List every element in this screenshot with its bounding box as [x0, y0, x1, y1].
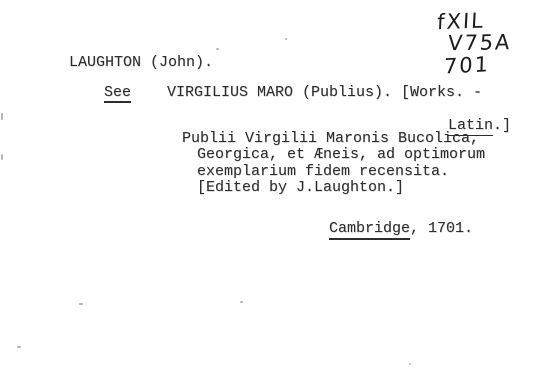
imprint-year: , 1701.	[410, 220, 473, 237]
description-line-1: Publii Virgilii Maronis Bucolica,	[182, 131, 479, 146]
scan-artifact	[285, 38, 287, 40]
shelfmark-line-2: V75A	[447, 31, 512, 54]
shelfmark-line-3: 701	[443, 52, 510, 78]
imprint-line: Cambridge, 1701.	[293, 206, 473, 251]
see-label: See	[104, 85, 131, 103]
scan-artifact	[216, 48, 219, 50]
description-line-2: Georgica, et Æneis, ad optimorum	[197, 147, 485, 162]
handwritten-shelfmark: fXIL V75A 701	[430, 9, 513, 78]
scan-artifact	[409, 363, 411, 365]
imprint-place: Cambridge	[329, 220, 410, 240]
scan-artifact	[240, 301, 243, 303]
see-reference-target: VIRGILIUS MARO (Publius). [Works. -	[167, 85, 482, 100]
description-line-3: exemplarium fidem recensita.	[197, 164, 449, 179]
scan-artifact	[1, 154, 3, 160]
heading-author: LAUGHTON (John).	[69, 55, 213, 70]
scan-artifact	[1, 113, 3, 120]
catalogue-card: fXIL V75A 701 LAUGHTON (John). See VIRGI…	[0, 0, 550, 374]
description-line-4: [Edited by J.Laughton.]	[197, 180, 404, 195]
scan-artifact	[17, 346, 21, 348]
scan-artifact	[79, 303, 83, 305]
uniform-title-language-suffix: .]	[493, 117, 511, 134]
